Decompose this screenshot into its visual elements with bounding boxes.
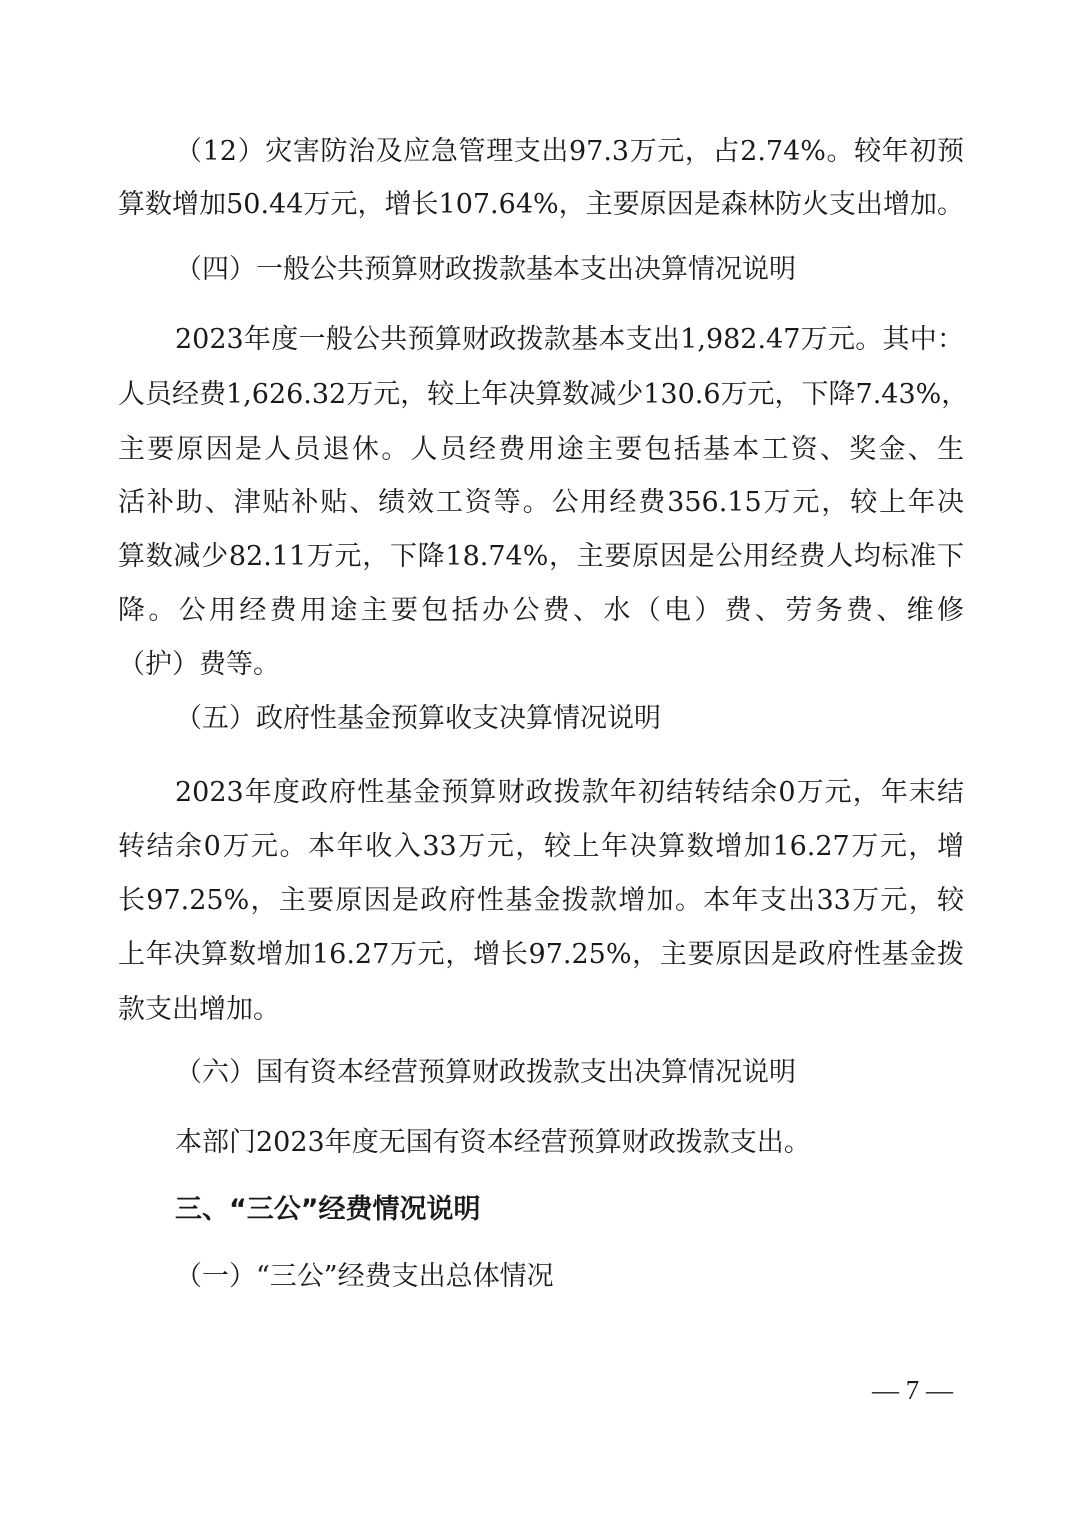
paragraph-line: 上年决算数增加16.27万元，增长97.25%，主要原因是政府性基金拨 [118,935,964,975]
paragraph-line: 转结余0万元。本年收入33万元，较上年决算数增加16.27万元，增 [118,827,964,867]
paragraph-line: 活补助、津贴补贴、绩效工资等。公用经费356.15万元，较上年决 [118,483,964,523]
section-heading: （四）一般公共预算财政拨款基本支出决算情况说明 [175,250,964,290]
paragraph-line: 本部门2023年度无国有资本经营预算财政拨款支出。 [175,1123,964,1163]
sub-heading: （一）“三公”经费支出总体情况 [175,1257,964,1297]
paragraph-line: 算数减少82.11万元，下降18.74%，主要原因是公用经费人均标准下 [118,537,964,577]
paragraph-line: （12）灾害防治及应急管理支出97.3万元，占2.74%。较年初预 [175,132,964,172]
paragraph-line: 人员经费1,626.32万元，较上年决算数减少130.6万元，下降7.43%， [118,375,964,415]
paragraph-line: 2023年度政府性基金预算财政拨款年初结转结余0万元，年末结 [175,773,964,813]
paragraph-line: 算数增加50.44万元，增长107.64%，主要原因是森林防火支出增加。 [118,185,964,225]
page-number: — 7 — [872,1370,953,1410]
paragraph-line: 款支出增加。 [118,990,964,1030]
section-heading: （六）国有资本经营预算财政拨款支出决算情况说明 [175,1053,964,1093]
paragraph-line: 长97.25%，主要原因是政府性基金拨款增加。本年支出33万元，较 [118,881,964,921]
paragraph-line: 2023年度一般公共预算财政拨款基本支出1,982.47万元。其中： [175,320,964,360]
paragraph-line: 降。公用经费用途主要包括办公费、水（电）费、劳务费、维修 [118,591,964,631]
paragraph-line: 主要原因是人员退休。人员经费用途主要包括基本工资、奖金、生 [118,430,964,470]
section-heading: （五）政府性基金预算收支决算情况说明 [175,699,964,739]
paragraph-line: （护）费等。 [118,645,964,685]
part-heading: 三、“三公”经费情况说明 [175,1190,964,1230]
